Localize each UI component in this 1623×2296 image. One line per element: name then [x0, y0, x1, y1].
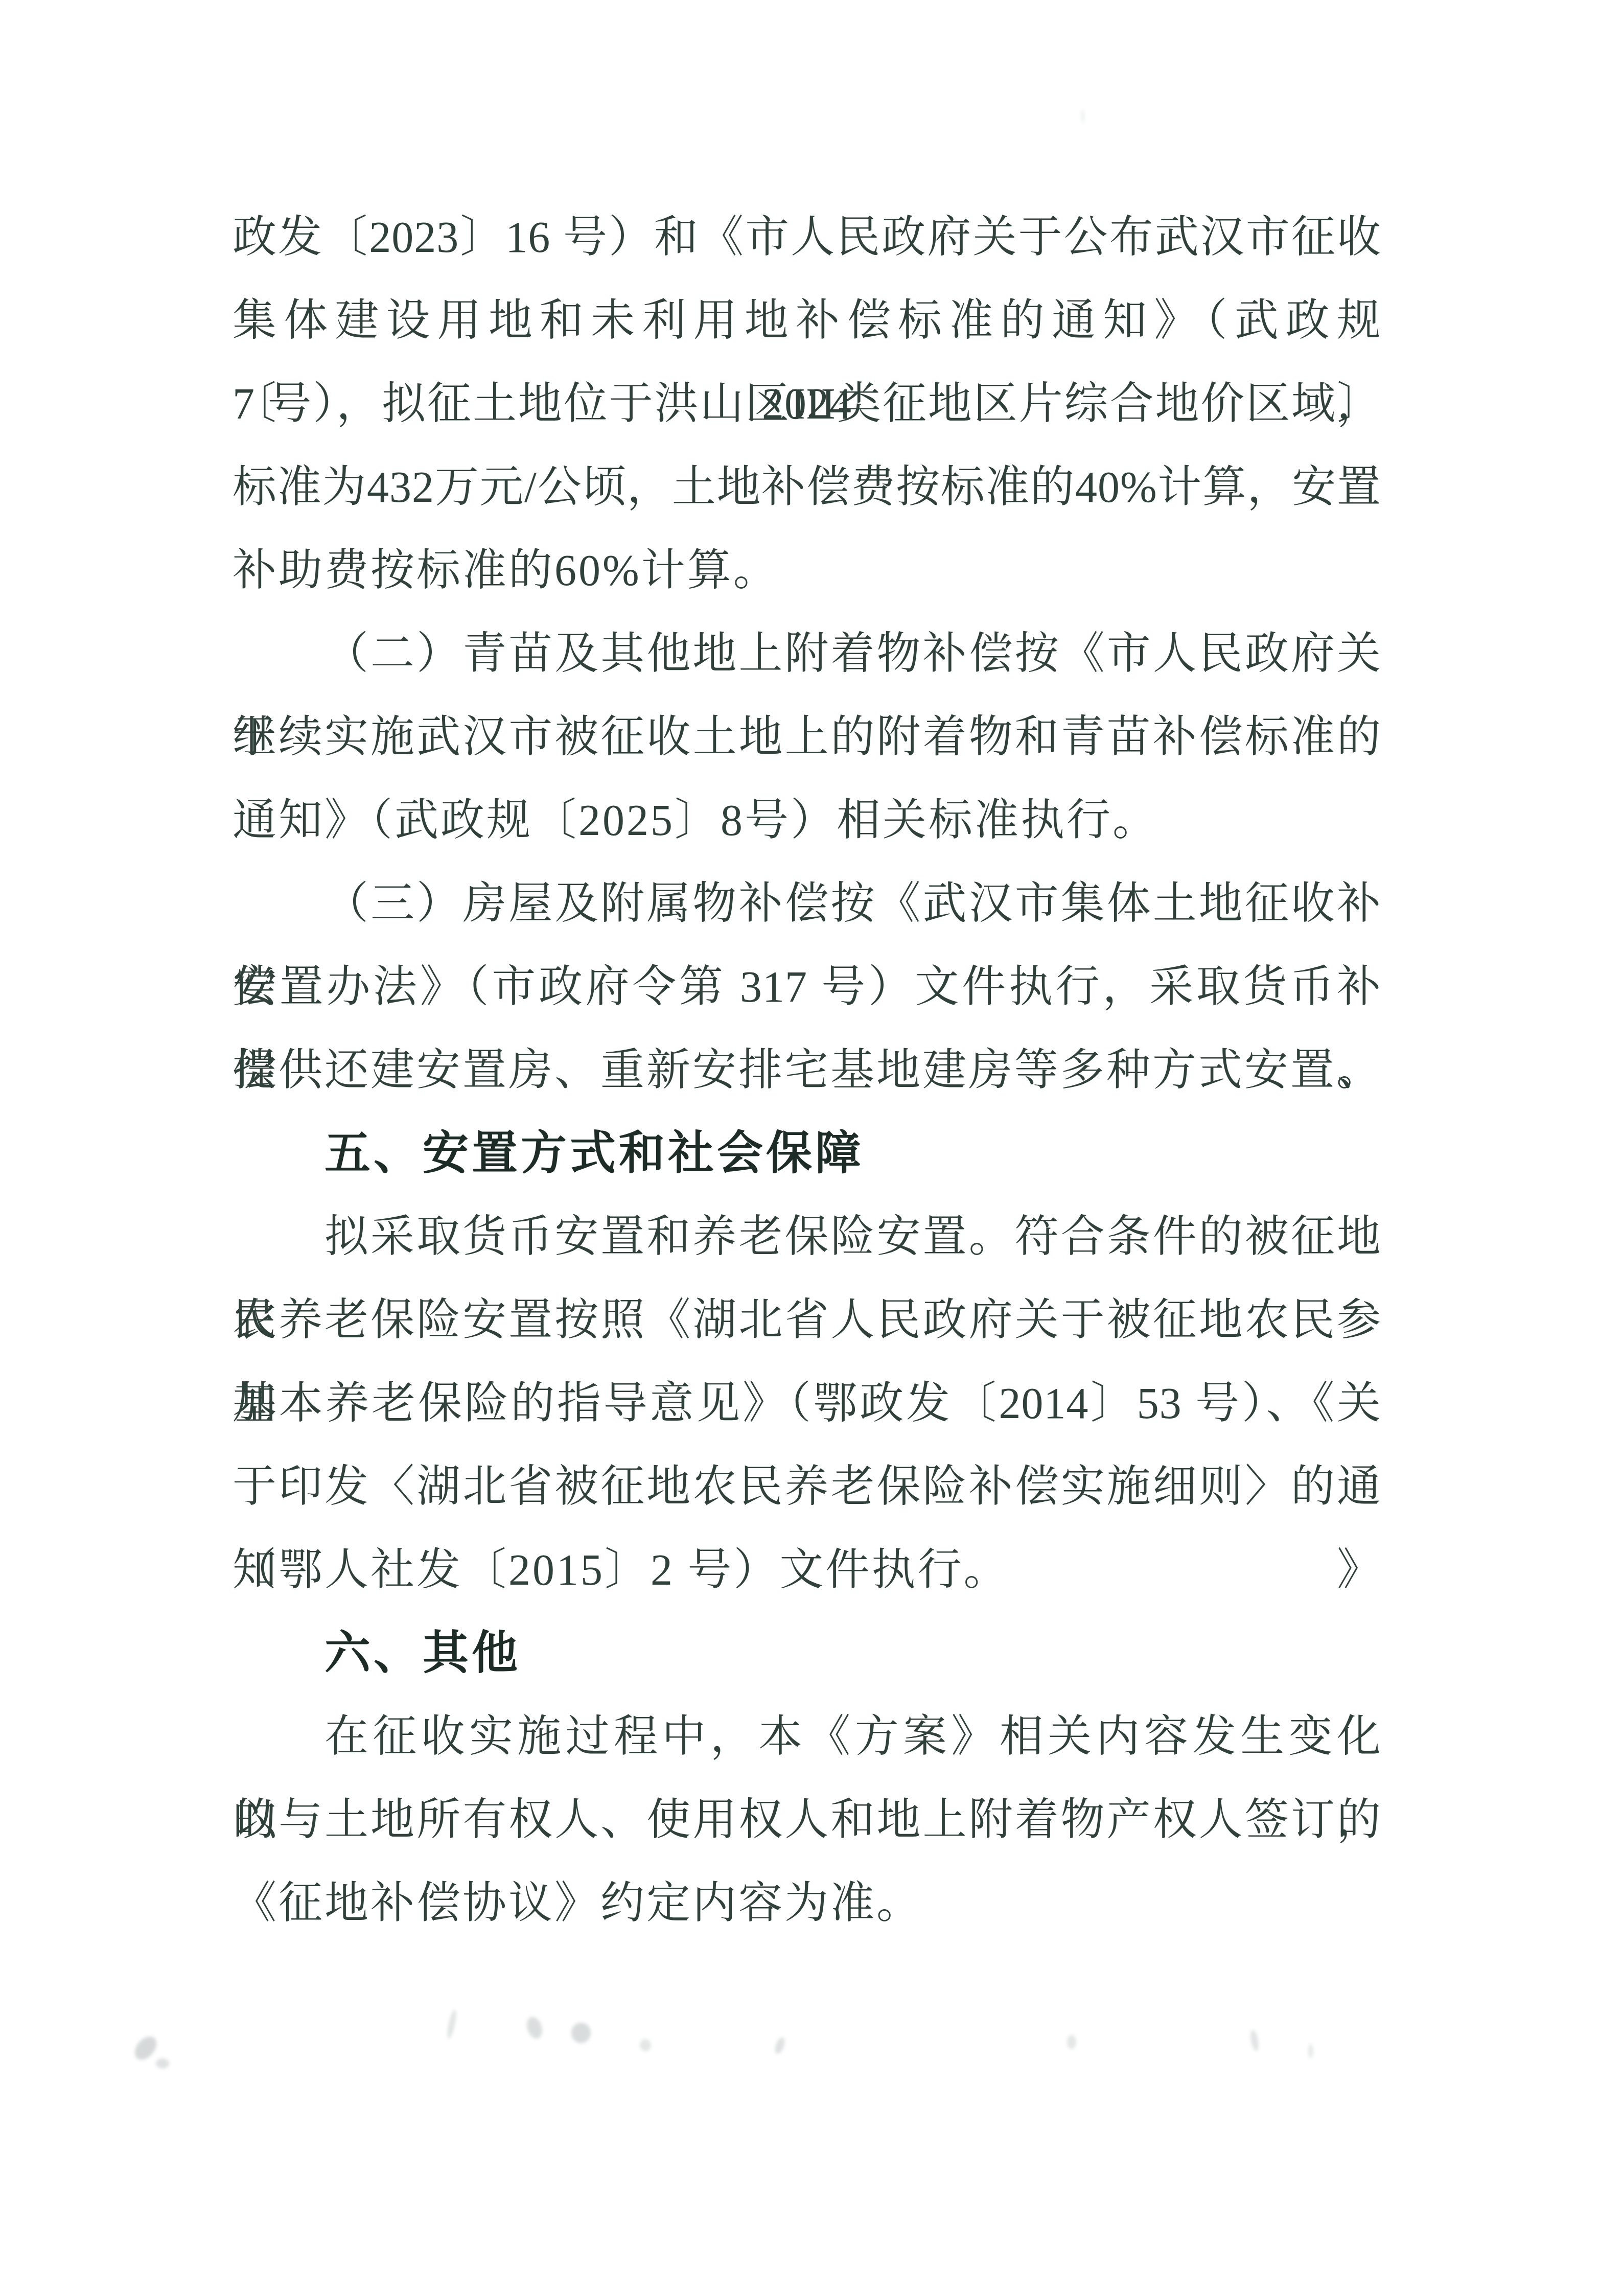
scan-smudge — [156, 2058, 169, 2069]
text-line-2: 集体建设用地和未利用地补偿标准的通知》（武政规〔2024〕 — [233, 279, 1381, 362]
scan-smudge — [1249, 2029, 1260, 2052]
scan-smudge — [571, 2023, 591, 2043]
text-line-15: 基本养老保险的指导意见》（鄂政发〔2014〕53 号）、《关 — [233, 1362, 1381, 1445]
scan-smudge — [446, 2009, 458, 2039]
text-line-6: （二）青苗及其他地上附着物补偿按《市人民政府关于 — [233, 612, 1381, 695]
text-line-16: 于印发〈湖北省被征地农民养老保险补偿实施细则〉的通知》 — [233, 1445, 1381, 1528]
text-line-7: 继续实施武汉市被征收土地上的附着物和青苗补偿标准的 — [233, 695, 1381, 779]
text-line-19: 在征收实施过程中，本《方案》相关内容发生变化的， — [233, 1695, 1381, 1778]
document-text-block: 政发〔2023〕16 号）和《市人民政府关于公布武汉市征收 集体建设用地和未利用… — [233, 196, 1381, 1945]
text-line-9: （三）房屋及附属物补偿按《武汉市集体土地征收补偿 — [233, 862, 1381, 945]
scanned-document-page: 政发〔2023〕16 号）和《市人民政府关于公布武汉市征收 集体建设用地和未利用… — [0, 0, 1623, 2296]
text-line-21: 《征地补偿协议》约定内容为准。 — [233, 1862, 1381, 1945]
text-line-5: 补助费按标准的60%计算。 — [233, 529, 1381, 612]
scan-smudge — [1081, 109, 1084, 123]
text-line-13: 拟采取货币安置和养老保险安置。符合条件的被征地农 — [233, 1195, 1381, 1279]
scan-smudge — [773, 2036, 787, 2055]
section-heading-six: 六、其他 — [233, 1612, 1381, 1695]
text-line-20: 以与土地所有权人、使用权人和地上附着物产权人签订的 — [233, 1778, 1381, 1862]
scan-smudge — [640, 2039, 651, 2051]
text-line-11: 提供还建安置房、重新安排宅基地建房等多种方式安置。 — [233, 1029, 1381, 1112]
text-line-8: 通知》（武政规〔2025〕8号）相关标准执行。 — [233, 779, 1381, 862]
section-heading-five: 五、安置方式和社会保障 — [233, 1112, 1381, 1195]
text-line-3: 7 号），拟征土地位于洪山区III类征地区片综合地价区域， — [233, 362, 1381, 446]
scan-smudge — [524, 2015, 545, 2040]
scan-smudge — [130, 2032, 160, 2064]
text-line-10: 安置办法》（市政府令第 317 号）文件执行，采取货币补偿、 — [233, 945, 1381, 1029]
scan-smudge — [1308, 2044, 1313, 2058]
text-line-1: 政发〔2023〕16 号）和《市人民政府关于公布武汉市征收 — [233, 196, 1381, 279]
text-line-14: 民养老保险安置按照《湖北省人民政府关于被征地农民参加 — [233, 1279, 1381, 1362]
text-line-4: 标准为432万元/公顷，土地补偿费按标准的40%计算，安置 — [233, 446, 1381, 529]
scan-smudge — [1067, 2035, 1076, 2049]
